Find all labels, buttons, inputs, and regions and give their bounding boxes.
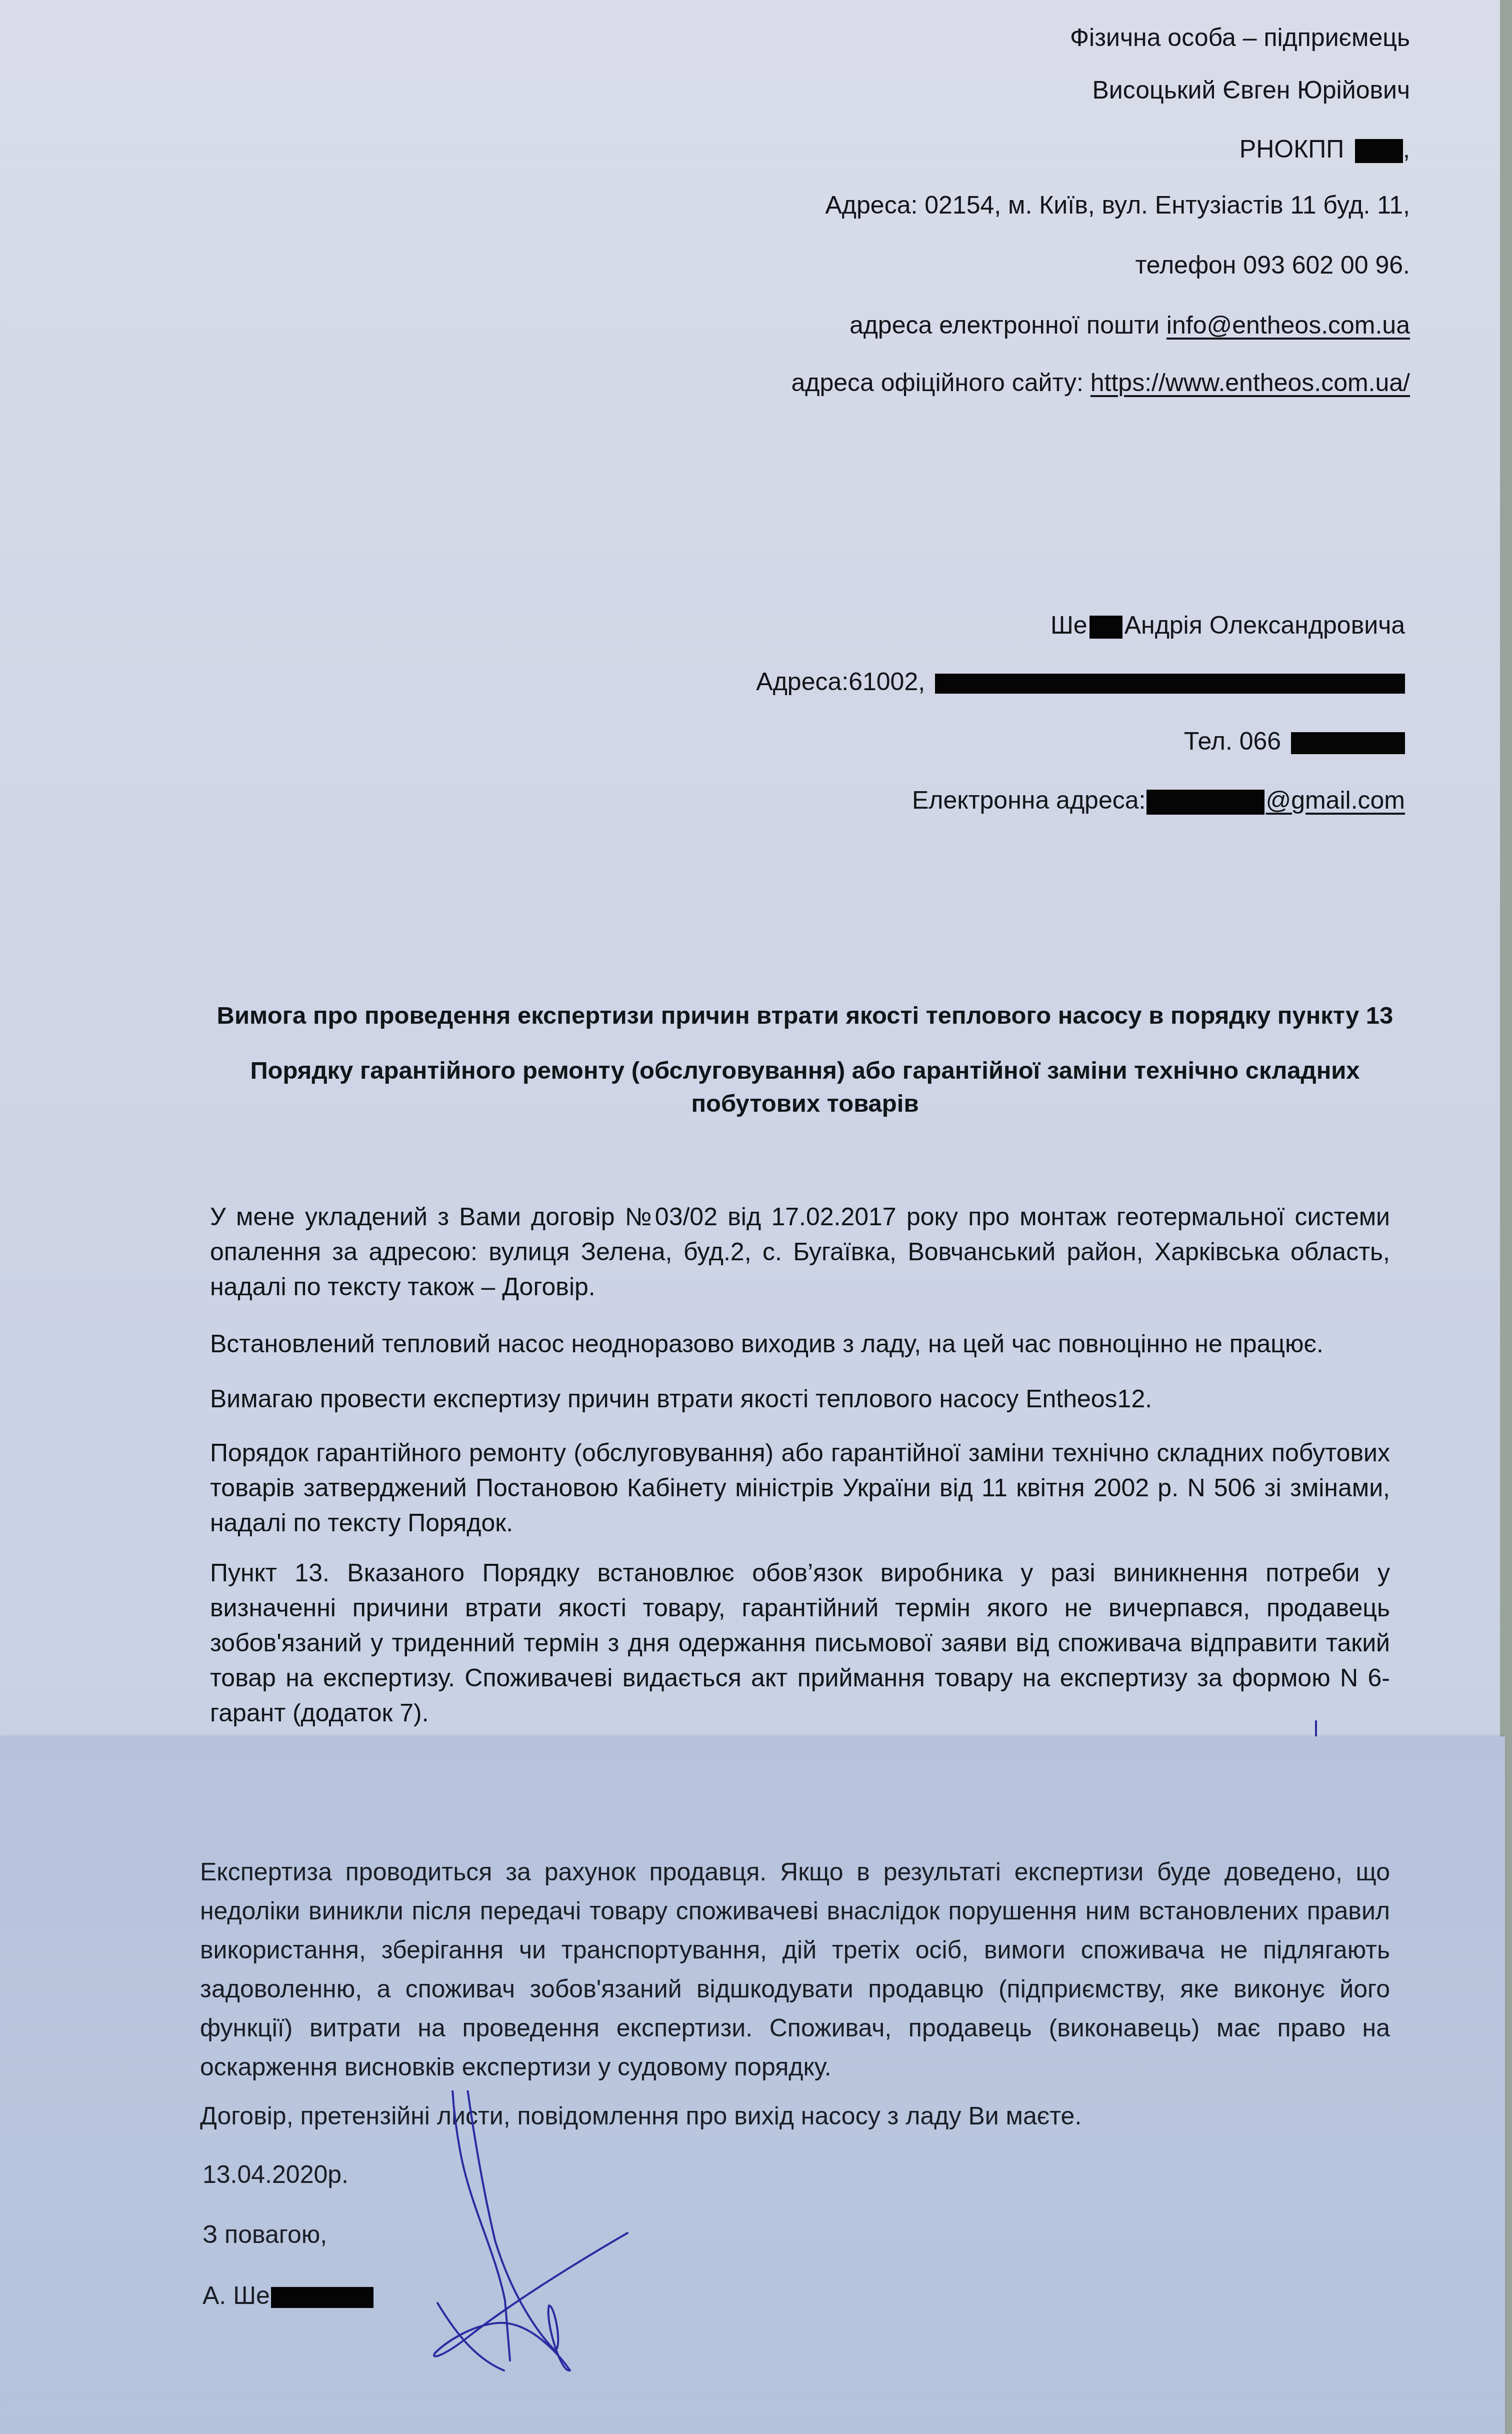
document-title-line-3: побутових товарів bbox=[195, 1088, 1415, 1119]
sender-phone: телефон 093 602 00 96. bbox=[1135, 250, 1410, 280]
recipient-name: ШеАндрія Олександровича bbox=[1050, 610, 1405, 640]
document-title-line-1: Вимога про проведення експертизи причин … bbox=[195, 1000, 1415, 1031]
sender-site-link[interactable]: https://www.entheos.com.ua/ bbox=[1090, 369, 1410, 397]
redaction-box bbox=[1291, 732, 1405, 754]
signer-name-prefix: А. Ше bbox=[202, 2281, 270, 2309]
signer-name: А. Ше bbox=[202, 2280, 373, 2310]
sender-header: Фізична особа – підприємець Висоцький Єв… bbox=[610, 0, 1410, 450]
redaction-box bbox=[1089, 616, 1122, 639]
recipient-address: Адреса:61002, bbox=[756, 667, 1405, 697]
letter-page-2: Експертиза проводиться за рахунок продав… bbox=[0, 1736, 1505, 2434]
body-paragraph: Договір, претензійні листи, повідомлення… bbox=[200, 2096, 1390, 2135]
recipient-email-label: Електронна адреса: bbox=[912, 786, 1146, 814]
closing-regards: З повагою, bbox=[202, 2219, 327, 2249]
sender-site-line: адреса офіційного сайту: https://www.ent… bbox=[791, 368, 1410, 398]
recipient-phone-label: Тел. 066 bbox=[1184, 727, 1281, 755]
redaction-box bbox=[1146, 790, 1264, 815]
sender-email-link[interactable]: info@entheos.com.ua bbox=[1166, 311, 1410, 339]
tax-id-label: РНОКПП bbox=[1239, 135, 1344, 163]
sender-name: Висоцький Євген Юрійович bbox=[1092, 75, 1410, 105]
recipient-name-rest: Андрія Олександровича bbox=[1124, 611, 1405, 639]
sender-email-line: адреса електронної пошти info@entheos.co… bbox=[849, 310, 1410, 340]
body-paragraph: Встановлений тепловий насос неодноразово… bbox=[210, 1326, 1390, 1361]
recipient-email: Електронна адреса:@gmail.com bbox=[912, 785, 1405, 815]
letter-date: 13.04.2020р. bbox=[202, 2159, 348, 2189]
redaction-box bbox=[271, 2287, 373, 2308]
redaction-box bbox=[1355, 139, 1403, 163]
body-paragraph: У мене укладений з Вами договір №03/02 в… bbox=[210, 1199, 1390, 1304]
document-title-line-2: Порядку гарантійного ремонту (обслуговув… bbox=[195, 1055, 1415, 1086]
recipient-block: ШеАндрія Олександровича Адреса:61002, Те… bbox=[605, 585, 1405, 820]
recipient-email-suffix[interactable]: @gmail.com bbox=[1265, 786, 1405, 814]
sender-status: Фізична особа – підприємець bbox=[1070, 23, 1410, 53]
sender-tax-id: РНОКПП , bbox=[1239, 134, 1410, 164]
body-paragraph: Порядок гарантійного ремонту (обслуговув… bbox=[210, 1435, 1390, 1540]
body-paragraph: Пункт 13. Вказаного Порядку встановлює о… bbox=[210, 1555, 1390, 1730]
body-paragraph: Експертиза проводиться за рахунок продав… bbox=[200, 1852, 1390, 2086]
body-paragraph: Вимагаю провести експертизу причин втрат… bbox=[210, 1381, 1390, 1416]
redaction-trailing-comma: , bbox=[1403, 135, 1410, 163]
redaction-box bbox=[935, 674, 1405, 694]
recipient-name-prefix: Ше bbox=[1050, 611, 1087, 639]
recipient-phone: Тел. 066 bbox=[1184, 726, 1405, 756]
recipient-address-label: Адреса:61002, bbox=[756, 668, 925, 696]
handwritten-signature-icon bbox=[390, 2090, 740, 2410]
site-label: адреса офіційного сайту: bbox=[791, 369, 1083, 397]
sender-address: Адреса: 02154, м. Київ, вул. Ентузіастів… bbox=[825, 190, 1410, 220]
email-label: адреса електронної пошти bbox=[849, 311, 1159, 339]
letter-page-1: Фізична особа – підприємець Висоцький Єв… bbox=[0, 0, 1500, 1736]
